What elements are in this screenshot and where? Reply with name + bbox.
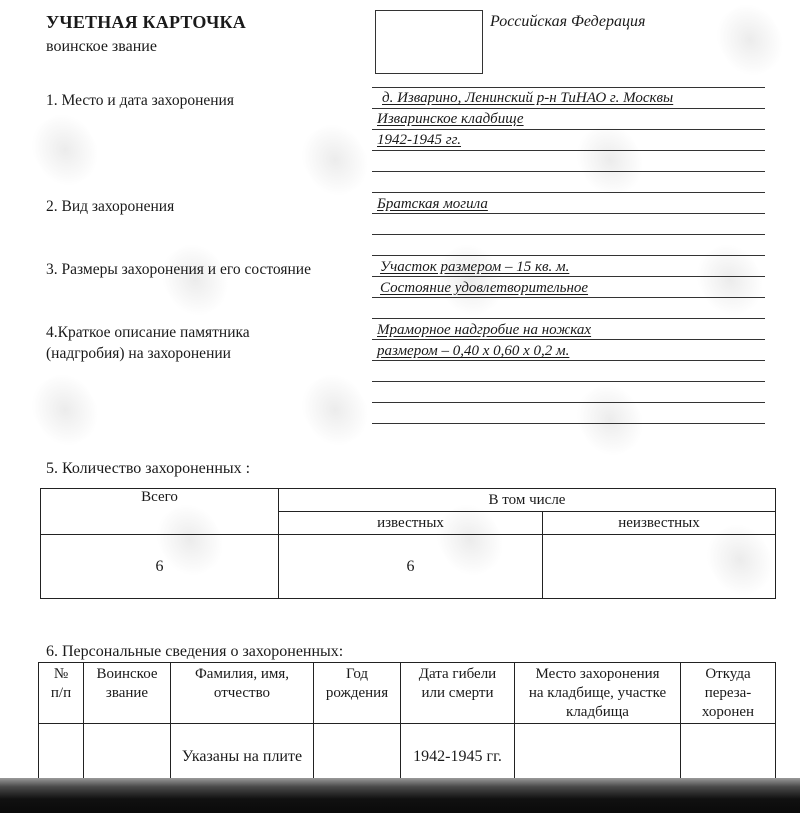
ruled-line xyxy=(372,297,765,298)
military-rank-label: воинское звание xyxy=(46,38,157,56)
burial-size-value: Участок размером – 15 кв. м. xyxy=(380,259,569,276)
card-title: УЧЕТНАЯ КАРТОЧКА xyxy=(46,12,246,33)
ruled-line xyxy=(372,129,765,130)
col-burial-location: Место захоронения на кладбище, участке к… xyxy=(515,663,681,724)
col-death-date: Дата гибели или смерти xyxy=(401,663,515,724)
header-total: Всего xyxy=(41,489,279,535)
field-label-burial-size: 3. Размеры захоронения и его состояние xyxy=(46,259,311,280)
monument-size-value: размером – 0,40 х 0,60 х 0,2 м. xyxy=(377,343,569,360)
watermark xyxy=(292,115,379,206)
col-header-line: переза- xyxy=(681,684,775,703)
known-count: 6 xyxy=(279,535,543,599)
watermark xyxy=(152,235,239,326)
col-header-line: на кладбище, участке xyxy=(515,684,680,703)
col-header-line: Воинское xyxy=(84,665,170,684)
watermark xyxy=(687,235,774,326)
watermark xyxy=(22,105,109,196)
col-header-line: кладбища xyxy=(515,703,680,722)
burial-place-value: д. Изварино, Ленинский р-н ТиНАО г. Моск… xyxy=(382,90,673,107)
ruled-line xyxy=(372,339,765,340)
ruled-line xyxy=(372,171,765,172)
watermark xyxy=(22,365,109,456)
col-header-line: хоронен xyxy=(681,703,775,722)
col-header-line: Фамилия, имя, xyxy=(171,665,313,684)
monument-value: Мраморное надгробие на ножках xyxy=(377,322,591,339)
ruled-line xyxy=(372,87,765,88)
col-birth-year: Год рождения xyxy=(314,663,401,724)
ruled-line xyxy=(372,213,765,214)
col-header-line: Год xyxy=(314,665,400,684)
ruled-line xyxy=(372,192,765,193)
burial-date-value: 1942-1945 гг. xyxy=(377,132,461,149)
burial-count-table: Всего В том числе известных неизвестных … xyxy=(40,488,776,599)
col-header-line: п/п xyxy=(39,684,83,703)
header-unknown: неизвестных xyxy=(543,512,776,535)
col-number: № п/п xyxy=(39,663,84,724)
unknown-count xyxy=(543,535,776,599)
ruled-line xyxy=(372,276,765,277)
field-label-monument: 4.Краткое описание памятника (надгробия)… xyxy=(46,322,250,364)
scan-edge-shadow xyxy=(0,778,800,813)
field-label-burial-type: 2. Вид захоронения xyxy=(46,196,174,217)
col-full-name: Фамилия, имя, отчество xyxy=(171,663,314,724)
total-count: 6 xyxy=(41,535,279,599)
field-label-monument-line: (надгробия) на захоронении xyxy=(46,343,250,364)
header-including: В том числе xyxy=(279,489,776,512)
col-reburied-from: Откуда переза- хоронен xyxy=(681,663,776,724)
country-label: Российская Федерация xyxy=(490,13,645,31)
ruled-line xyxy=(372,234,765,235)
col-header-line: или смерти xyxy=(401,684,514,703)
col-header-line: Место захоронения xyxy=(515,665,680,684)
burial-type-value: Братская могила xyxy=(377,196,488,213)
ruled-line xyxy=(372,318,765,319)
ruled-line xyxy=(372,255,765,256)
watermark xyxy=(567,375,654,466)
col-header-line: № xyxy=(39,665,83,684)
burial-condition-value: Состояние удовлетворительное xyxy=(380,280,588,297)
field-label-monument-line: 4.Краткое описание памятника xyxy=(46,322,250,343)
header-known: известных xyxy=(279,512,543,535)
watermark xyxy=(292,365,379,456)
col-header-line: отчество xyxy=(171,684,313,703)
ruled-line xyxy=(372,108,765,109)
watermark xyxy=(707,0,794,85)
section-5-title: 5. Количество захороненных : xyxy=(46,460,250,478)
ruled-line xyxy=(372,360,765,361)
personal-info-table: № п/п Воинское звание Фамилия, имя, отче… xyxy=(38,662,776,789)
col-header-line: Откуда xyxy=(681,665,775,684)
col-header-line: Дата гибели xyxy=(401,665,514,684)
photo-box xyxy=(375,10,483,74)
ruled-line xyxy=(372,423,765,424)
col-rank: Воинское звание xyxy=(84,663,171,724)
burial-place-value: Изваринское кладбище xyxy=(377,111,524,128)
field-label-burial-place: 1. Место и дата захоронения xyxy=(46,90,234,111)
ruled-line xyxy=(372,381,765,382)
col-header-line: рождения xyxy=(314,684,400,703)
ruled-line xyxy=(372,150,765,151)
col-header-line: звание xyxy=(84,684,170,703)
ruled-line xyxy=(372,402,765,403)
section-6-title: 6. Персональные сведения о захороненных: xyxy=(46,643,343,661)
